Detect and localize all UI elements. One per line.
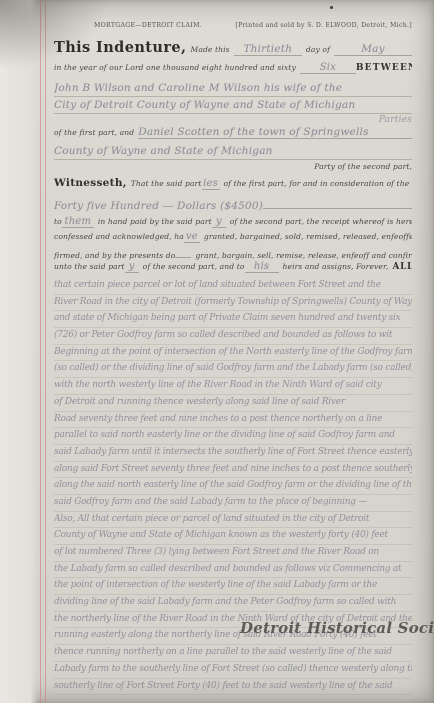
witnesseth-p2: of the first part, for and in considerat… bbox=[224, 179, 412, 188]
receipt-p3: of the second part, the receipt whereof … bbox=[230, 217, 412, 226]
description-line: along said Fort Street seventy three fee… bbox=[54, 462, 412, 479]
description-line: dividing line of the said Labady farm an… bbox=[54, 595, 412, 612]
description-line: Labady farm to the southerly line of For… bbox=[54, 662, 412, 679]
deed-document: MORTGAGE—DETROIT CLAIM. [Printed and sol… bbox=[54, 22, 412, 695]
description-line: said Godfroy farm and the said Labady fa… bbox=[54, 495, 412, 512]
description-line: (726) or Peter Godfroy farm so called de… bbox=[54, 328, 412, 345]
parties-word: Parties bbox=[54, 114, 412, 126]
form-label: MORTGAGE—DETROIT CLAIM. bbox=[94, 22, 202, 29]
receipt-fill-y1: y bbox=[212, 216, 226, 228]
year-fill: Six bbox=[300, 62, 356, 74]
receipt-fill-his: his bbox=[245, 261, 279, 273]
witnesseth-p1: That the said part bbox=[131, 179, 202, 188]
amount-fill: Forty five Hundred — Dollars ($4500) bbox=[54, 200, 263, 212]
description-line: along the said north easterly line of th… bbox=[54, 478, 412, 495]
watermark: Detroit Historical Society bbox=[240, 619, 434, 637]
all-word: ALL bbox=[392, 262, 412, 272]
month-fill: May bbox=[334, 43, 412, 56]
second-part-label: Party of the second part, bbox=[54, 160, 412, 174]
receipt-line-2: confessed and acknowledged, ha ve grante… bbox=[54, 231, 412, 246]
receipt-p2: in hand paid by the said part bbox=[98, 217, 212, 226]
year-printed: in the year of our Lord one thousand eig… bbox=[54, 63, 296, 72]
witnesseth-word: Witnesseth, bbox=[54, 177, 127, 189]
description-line: southerly line of Fort Street Forty (40)… bbox=[54, 679, 412, 696]
ink-speck bbox=[330, 6, 333, 9]
title-word: This Indenture, bbox=[54, 39, 186, 56]
description-line: that certain piece parcel or lot of land… bbox=[54, 278, 412, 295]
receipt-fill-y2: y bbox=[125, 261, 139, 273]
description-line: River Road in the city of Detroit (forme… bbox=[54, 295, 412, 312]
receipt-line-3: firmed, and by the presents do grant, ba… bbox=[54, 246, 412, 261]
paper-left-margin bbox=[0, 0, 38, 703]
printer-note: [Printed and sold by S. D. ELWOOD, Detro… bbox=[205, 22, 412, 29]
day-fill: Thirtieth bbox=[234, 43, 302, 56]
description-line: the point of intersection of the westerl… bbox=[54, 578, 412, 595]
year-line: in the year of our Lord one thousand eig… bbox=[54, 62, 412, 78]
description-line: with the north westerly line of the Rive… bbox=[54, 378, 412, 395]
witnesseth-fill: ies bbox=[202, 178, 220, 190]
description-line: County of Wayne and State of Michigan kn… bbox=[54, 528, 412, 545]
between-label: BETWEEN bbox=[356, 63, 412, 73]
receipt-p1: to bbox=[54, 217, 62, 226]
receipt-fill-them: them bbox=[62, 216, 94, 228]
description-line: (so called) or the dividing line of said… bbox=[54, 361, 412, 378]
receipt-p10: heirs and assigns, Forever, bbox=[283, 262, 389, 271]
form-header: MORTGAGE—DETROIT CLAIM. [Printed and sol… bbox=[54, 22, 412, 37]
receipt-line-1: to them in hand paid by the said part y … bbox=[54, 216, 412, 231]
receipt-p5: granted, bargained, sold, remised, relea… bbox=[204, 232, 412, 241]
description-line: of Detroit and running thence westerly a… bbox=[54, 395, 412, 412]
first-part-lead: of the first part, and bbox=[54, 128, 134, 137]
description-line: thence running northerly on a line paral… bbox=[54, 645, 412, 662]
made-this-label: Made this bbox=[190, 45, 229, 54]
description-line: Beginning at the point of intersection o… bbox=[54, 345, 412, 362]
grantors-line-2: City of Detroit County of Wayne and Stat… bbox=[54, 97, 412, 114]
description-line: the Labady farm so called described and … bbox=[54, 562, 412, 579]
red-margin-rule-outer bbox=[40, 0, 41, 703]
receipt-fill-ve: ve bbox=[184, 231, 200, 243]
grantee-line-1: of the first part, and Daniel Scotten of… bbox=[54, 126, 412, 143]
grantee-fill: Daniel Scotten of the town of Springwell… bbox=[138, 126, 412, 139]
description-line: said Labady farm until it intersects the… bbox=[54, 445, 412, 462]
grantors-line-1: John B Wilson and Caroline M Wilson his … bbox=[54, 80, 412, 97]
witnesseth-line: Witnesseth, That the said part ies of th… bbox=[54, 177, 412, 194]
description-line: and state of Michigan being part of Priv… bbox=[54, 311, 412, 328]
description-line: Also, All that certain piece or parcel o… bbox=[54, 512, 412, 529]
grantee-line-2: County of Wayne and State of Michigan bbox=[54, 143, 412, 160]
receipt-p8: unto the said part bbox=[54, 262, 125, 271]
title-line: This Indenture, Made this Thirtieth day … bbox=[54, 39, 412, 59]
receipt-p6: firmed, and by the presents do bbox=[54, 251, 175, 260]
day-of-label: day of bbox=[306, 45, 330, 54]
description-line: parallel to said north easterly line or … bbox=[54, 428, 412, 445]
red-margin-rule-inner bbox=[45, 0, 46, 703]
receipt-p9: of the second part, and to bbox=[143, 262, 245, 271]
receipt-p4: confessed and acknowledged, ha bbox=[54, 232, 184, 241]
receipt-line-4: unto the said part y of the second part,… bbox=[54, 261, 412, 276]
document-scan: MORTGAGE—DETROIT CLAIM. [Printed and sol… bbox=[0, 0, 434, 703]
description-line: of lot numbered Three (3) lying between … bbox=[54, 545, 412, 562]
amount-line: Forty five Hundred — Dollars ($4500) bbox=[54, 194, 412, 212]
description-line: Road seventy three feet and nine inches … bbox=[54, 412, 412, 429]
receipt-p7: grant, bargain, sell, remise, release, e… bbox=[195, 251, 412, 260]
